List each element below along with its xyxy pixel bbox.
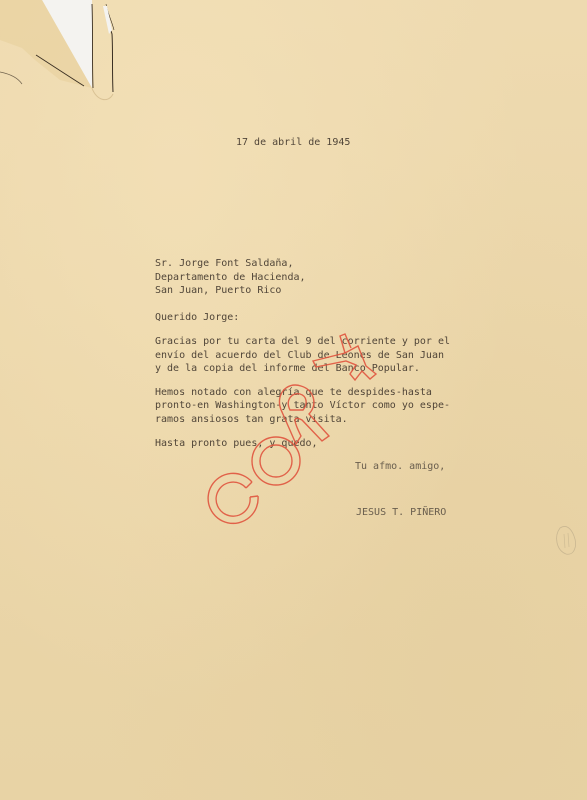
paragraph-1-line-3: y de la copia del informe del Banco Popu… [155, 362, 420, 376]
recipient-city: San Juan, Puerto Rico [155, 284, 281, 298]
stamp-letter-c [208, 473, 258, 523]
recipient-name: Sr. Jorge Font Saldaña, [155, 257, 293, 271]
torn-corner-fold [0, 0, 587, 120]
paragraph-2-line-1: Hemos notado con alegría que te despides… [155, 386, 432, 400]
paragraph-2-line-3: ramos ansiosos tan grata visita. [155, 413, 348, 427]
paragraph-2-line-2: pronto-en Washington-y tanto Víctor como… [155, 399, 450, 413]
paragraph-1-line-1: Gracias por tu carta del 9 del corriente… [155, 335, 450, 349]
pencil-mark [552, 522, 582, 558]
closing-line: Hasta pronto pues, y quedo, [155, 437, 318, 451]
salutation: Querido Jorge: [155, 311, 239, 325]
letter-page: 17 de abril de 1945 Sr. Jorge Font Salda… [0, 0, 587, 800]
paragraph-1-line-2: envío del acuerdo del Club de Leones de … [155, 349, 444, 363]
letter-date: 17 de abril de 1945 [236, 136, 350, 150]
recipient-department: Departamento de Hacienda, [155, 271, 306, 285]
signature-name: JESUS T. PIÑERO [356, 506, 446, 520]
complimentary-close: Tu afmo. amigo, [355, 460, 445, 474]
